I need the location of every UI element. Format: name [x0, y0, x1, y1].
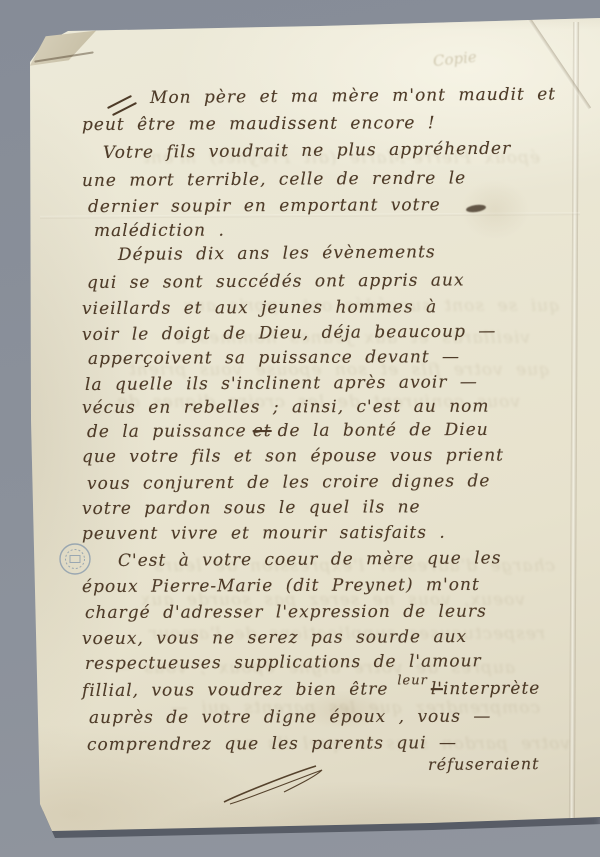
manuscript-line: Mon père et ma mère m'ont maudit et	[150, 86, 556, 107]
letter-paper: époux Pierre-Marie (dit Preynet) m'ont q…	[0, 0, 600, 857]
manuscript-line: apperçoivent sa puissance devant —	[88, 349, 460, 368]
scanned-letter-page: époux Pierre-Marie (dit Preynet) m'ont q…	[0, 0, 600, 857]
manuscript-line: dernier soupir en emportant votre	[88, 197, 441, 216]
manuscript-line: peut être me maudissent encore !	[82, 115, 436, 134]
manuscript-line: de la puissanceetde la bonté de Dieu	[87, 422, 489, 441]
manuscript-line: malédiction .	[94, 223, 225, 240]
manuscript-line: C'est à votre coeur de mère que les	[118, 550, 502, 570]
line-segment: interprète	[443, 679, 540, 700]
manuscript-line: peuvent vivre et mourir satisfaits .	[82, 525, 446, 543]
manuscript-line: respectueuses supplications de l'amour	[85, 653, 482, 673]
manuscript-line: chargé d'adresser l'expression de leurs	[85, 604, 487, 622]
line-segment: fillial, vous voudrez bien être	[82, 679, 388, 701]
manuscript-line: voir le doigt de Dieu, déja beaucoup —	[82, 323, 497, 344]
verso-hint-text: Copie	[432, 50, 477, 69]
manuscript-line: voeux, vous ne serez pas sourde aux	[82, 629, 467, 648]
catchword: réfuseraient	[428, 756, 540, 773]
manuscript-line: qui se sont succédés ont appris aux	[87, 272, 465, 292]
manuscript-line: époux Pierre-Marie (dit Preynet) m'ont	[82, 577, 480, 596]
manuscript-line: vous conjurent de les croire dignes de	[87, 473, 490, 493]
closing-flourish-icon	[220, 758, 330, 806]
manuscript-line: vécus en rebelles ; ainsi, c'est au nom	[82, 399, 490, 417]
inserted-word: leur	[397, 673, 428, 688]
struck-word: et	[253, 421, 272, 441]
manuscript-line: auprès de votre digne époux , vous —	[89, 709, 491, 727]
manuscript-line: Votre fils voudrait ne plus appréhender	[103, 141, 511, 162]
manuscript-line: la quelle ils s'inclinent après avoir —	[85, 374, 478, 394]
line-segment: de la puissance	[87, 421, 247, 442]
manuscript-line: une mort terrible, celle de rendre le	[82, 170, 466, 190]
line-segment: de la bonté de Dieu	[278, 420, 489, 441]
manuscript-line: comprendrez que les parents qui —	[87, 735, 457, 754]
circular-archive-stamp-icon	[57, 541, 93, 577]
manuscript-line: fillial, vous voudrez bien êtreleurl'int…	[82, 681, 540, 700]
manuscript-line: que votre fils et son épouse vous prient	[82, 448, 504, 466]
manuscript-line: vieillards et aux jeunes hommes à	[82, 299, 437, 318]
struck-word: l'	[431, 679, 443, 699]
manuscript-line: votre pardon sous le quel ils ne	[82, 499, 421, 518]
manuscript-line: Dépuis dix ans les évènements	[118, 244, 436, 264]
vertical-fold-crease	[569, 22, 579, 822]
